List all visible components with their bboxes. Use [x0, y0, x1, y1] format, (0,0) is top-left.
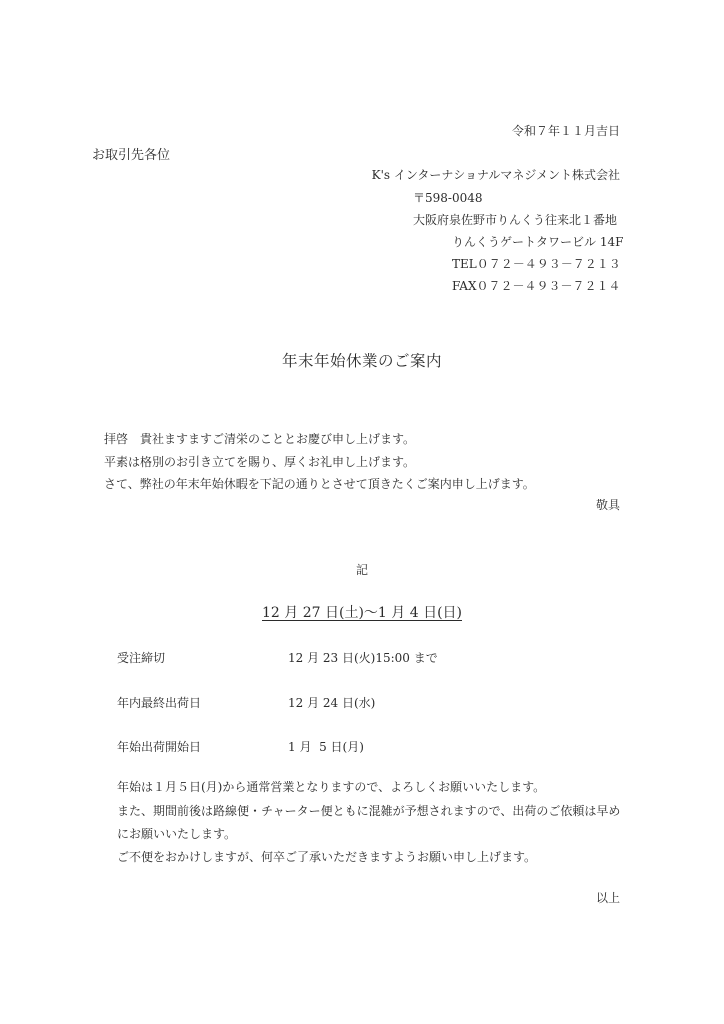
- greeting-closing: 敬具: [596, 498, 620, 512]
- document-date: 令和７年１１月吉日: [512, 124, 620, 138]
- sender-fax: FAX０７２－４９３－７２１４: [452, 279, 621, 293]
- item-label-last-shipping-day: 年内最終出荷日: [117, 696, 201, 710]
- greeting-line-3: さて、弊社の年末年始休暇を下記の通りとさせて頂きたくご案内申し上げます。: [104, 477, 535, 491]
- sender-company: K's インターナショナルマネジメント株式会社: [372, 168, 620, 182]
- item-label-first-shipping-day: 年始出荷開始日: [117, 740, 201, 754]
- remark-line-3: にお願いいたします。: [117, 827, 236, 841]
- sender-tel: TEL０７２－４９３－７２１３: [452, 257, 621, 271]
- sender-postal-code: 〒598-0048: [413, 191, 483, 205]
- sender-address-line1: 大阪府泉佐野市りんくう往来北１番地: [413, 213, 617, 227]
- notice-heading: 記: [0, 563, 724, 577]
- remark-line-4: ご不便をおかけしますが、何卒ご了承いただきますようお願い申し上げます。: [117, 850, 536, 864]
- sender-address-line2: りんくうゲートタワービル 14F: [452, 235, 623, 249]
- holiday-period: 12 月 27 日(土)～1 月 4 日(日): [0, 604, 724, 622]
- item-value-last-shipping-day: 12 月 24 日(水): [288, 696, 375, 710]
- item-value-first-shipping-day: 1 月 5 日(月): [288, 740, 364, 754]
- notice-end: 以上: [596, 891, 620, 905]
- document-title: 年末年始休業のご案内: [0, 352, 724, 370]
- recipient: お取引先各位: [92, 148, 170, 164]
- greeting-line-1: 拝啓 貴社ますますご清栄のこととお慶び申し上げます。: [104, 432, 415, 446]
- item-value-order-deadline: 12 月 23 日(火)15:00 まで: [288, 651, 438, 665]
- remark-line-1: 年始は１月５日(月)から通常営業となりますので、よろしくお願いいたします。: [117, 780, 545, 794]
- remark-line-2: また、期間前後は路線便・チャーター便ともに混雑が予想されますので、出荷のご依頼は…: [117, 804, 620, 818]
- item-label-order-deadline: 受注締切: [117, 651, 165, 665]
- greeting-line-2: 平素は格別のお引き立てを賜り、厚くお礼申し上げます。: [104, 455, 415, 469]
